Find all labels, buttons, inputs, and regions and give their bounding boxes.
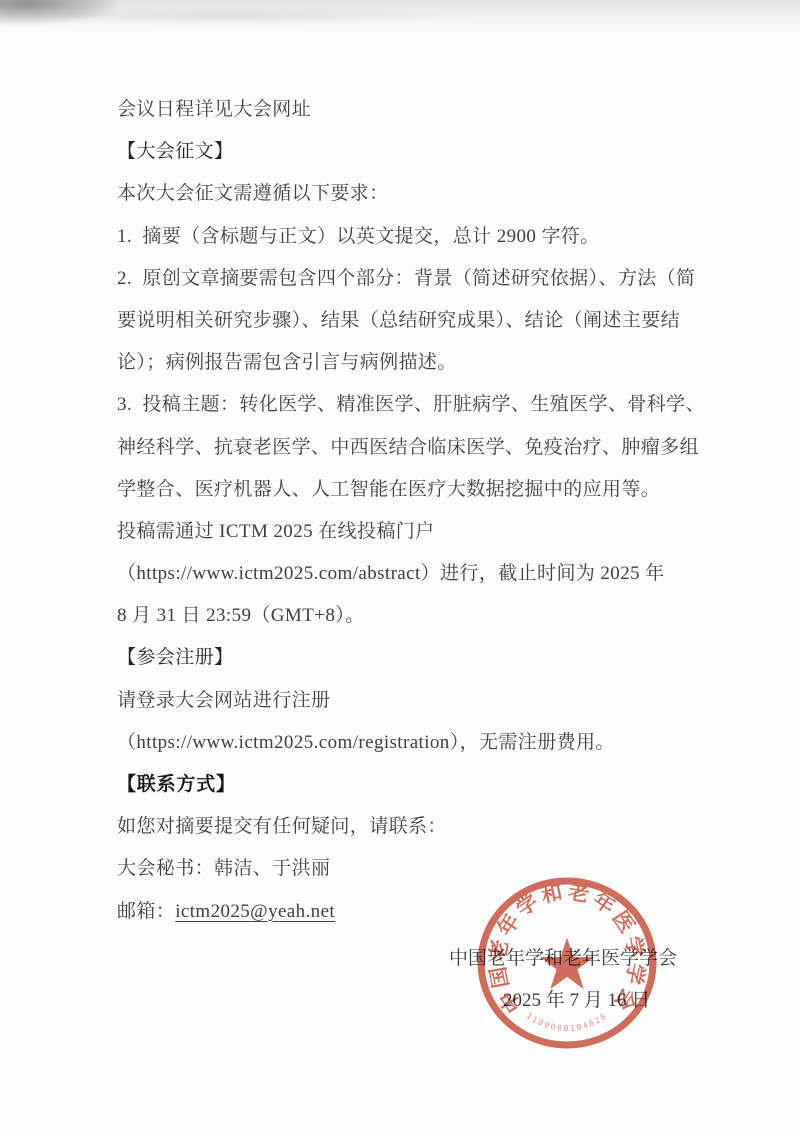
doc-line-deadline: 8 月 31 日 23:59（GMT+8）。 [117, 595, 717, 637]
doc-line-abstract-url: （https://www.ictm2025.com/abstract）进行，截止… [117, 553, 717, 595]
seal-serial-number: 1100000104828 [525, 1011, 610, 1033]
doc-line-item3b: 神经科学、抗衰老医学、中西医结合临床医学、免疫治疗、肿瘤多组 [117, 427, 717, 469]
doc-line-requirements-intro: 本次大会征文需遵循以下要求： [117, 173, 717, 215]
scan-smudge-top-left [0, 0, 116, 24]
doc-line-schedule: 会议日程详见大会网址 [117, 89, 717, 131]
scan-smudge-top [60, 8, 480, 24]
scan-edge-artifact [0, 0, 800, 34]
seal-star-icon [540, 938, 594, 990]
section-header-call-for-papers: 【大会征文】 [117, 131, 717, 173]
email-label: 邮箱： [117, 901, 175, 922]
doc-line-item2b: 要说明相关研究步骤）、结果（总结研究成果）、结论（阐述主要结 [117, 300, 717, 342]
email-address: ictm2025@yeah.net [175, 901, 335, 922]
official-seal: 中国老年学和老年医学学会 1100000104828 [476, 877, 658, 1049]
doc-line-registration-url: （https://www.ictm2025.com/registration），… [117, 722, 717, 764]
doc-line-item3a: 3. 投稿主题：转化医学、精准医学、肝脏病学、生殖医学、骨科学、 [117, 384, 717, 426]
doc-line-item3c: 学整合、医疗机器人、人工智能在医疗大数据挖掘中的应用等。 [117, 469, 717, 511]
section-header-registration: 【参会注册】 [117, 637, 717, 679]
doc-line-item1: 1. 摘要（含标题与正文）以英文提交，总计 2900 字符。 [117, 216, 717, 258]
doc-line-item2a: 2. 原创文章摘要需包含四个部分：背景（简述研究依据）、方法（简 [117, 258, 717, 300]
doc-line-portal: 投稿需通过 ICTM 2025 在线投稿门户 [117, 511, 717, 553]
doc-line-item2c: 论）；病例报告需包含引言与病例描述。 [117, 342, 717, 384]
doc-line-register-intro: 请登录大会网站进行注册 [117, 680, 717, 722]
doc-line-contact-intro: 如您对摘要提交有任何疑问，请联系： [117, 806, 717, 848]
document-body: 会议日程详见大会网址 【大会征文】 本次大会征文需遵循以下要求： 1. 摘要（含… [117, 89, 717, 933]
section-header-contact: 【联系方式】 [117, 764, 717, 806]
